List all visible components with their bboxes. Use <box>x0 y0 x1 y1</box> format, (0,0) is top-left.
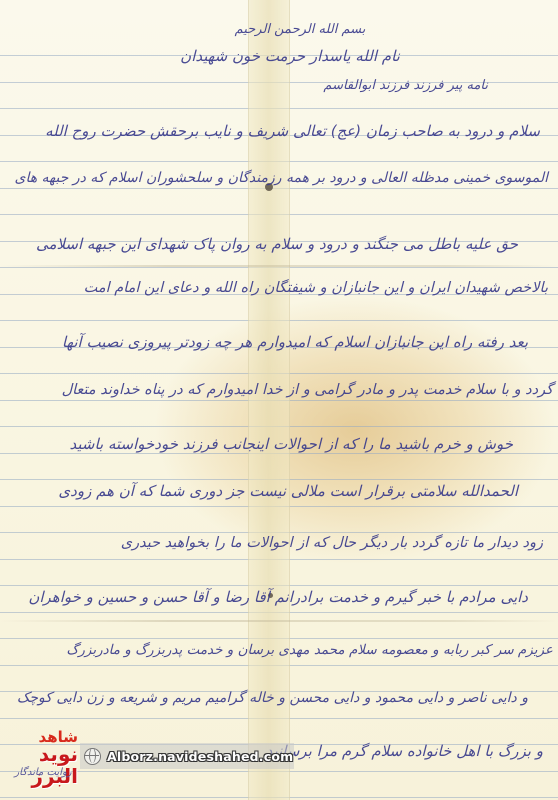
adhesive-tape-strip <box>248 0 290 800</box>
letter-line: خوش و خرم باشید ما را که از احوالات اینج… <box>70 435 514 453</box>
letter-line: الموسوی خمینی مدظله العالی و درود بر همه… <box>15 170 549 186</box>
letter-line: گردد و با سلام خدمت پدر و مادر گرامی و ا… <box>62 382 553 398</box>
logo-main-text: نوید البرز <box>2 743 78 787</box>
watermark-url-bar: Alborz.navideshahed.com <box>80 743 294 769</box>
letter-line: و دایی ناصر و دایی محمود و دایی محسن و خ… <box>17 690 528 706</box>
site-watermark: شاهد نوید البرز روایت ماندگار Alborz.nav… <box>0 725 300 795</box>
letter-sender-line: نامه پیر فرزند فرزند ابوالقاسم <box>323 78 488 93</box>
letter-line: الحمدالله سلامتی برقرار است ملالی نیست ج… <box>58 482 518 500</box>
paper-fold-crease <box>0 265 558 267</box>
letter-line: حق علیه باطل می جنگند و درود و سلام به ر… <box>36 235 518 253</box>
letter-line: دایی مرادم با خبر گیرم و خدمت برادرانم آ… <box>28 588 528 606</box>
letter-heading: نام الله یاسدار حرمت خون شهیدان <box>180 47 400 65</box>
letter-basmala: بسم الله الرحمن الرحیم <box>235 22 366 37</box>
letter-line: عزیزم سر کبر ربابه و معصومه سلام محمد مه… <box>66 642 553 658</box>
letter-line: بالاخص شهیدان ایران و این جانبازان و شیف… <box>84 280 548 296</box>
navideshahed-logo: شاهد نوید البرز روایت ماندگار <box>2 729 78 783</box>
logo-sub-text: روایت ماندگار <box>8 767 78 778</box>
paper-fold-crease <box>0 620 558 622</box>
watermark-url: Alborz.navideshahed.com <box>107 749 293 764</box>
letter-line: و بزرگ با اهل خانواده سلام گرم مرا برسان… <box>266 742 543 760</box>
letter-line: سلام و درود به صاحب زمان (عج) تعالی شریف… <box>45 122 540 140</box>
letter-line: بعد رفته راه این جانبازان اسلام که امیدو… <box>62 333 528 351</box>
letter-line: زود دیدار ما تازه گردد بار دیگر حال که ا… <box>121 535 543 551</box>
globe-icon <box>84 748 101 765</box>
